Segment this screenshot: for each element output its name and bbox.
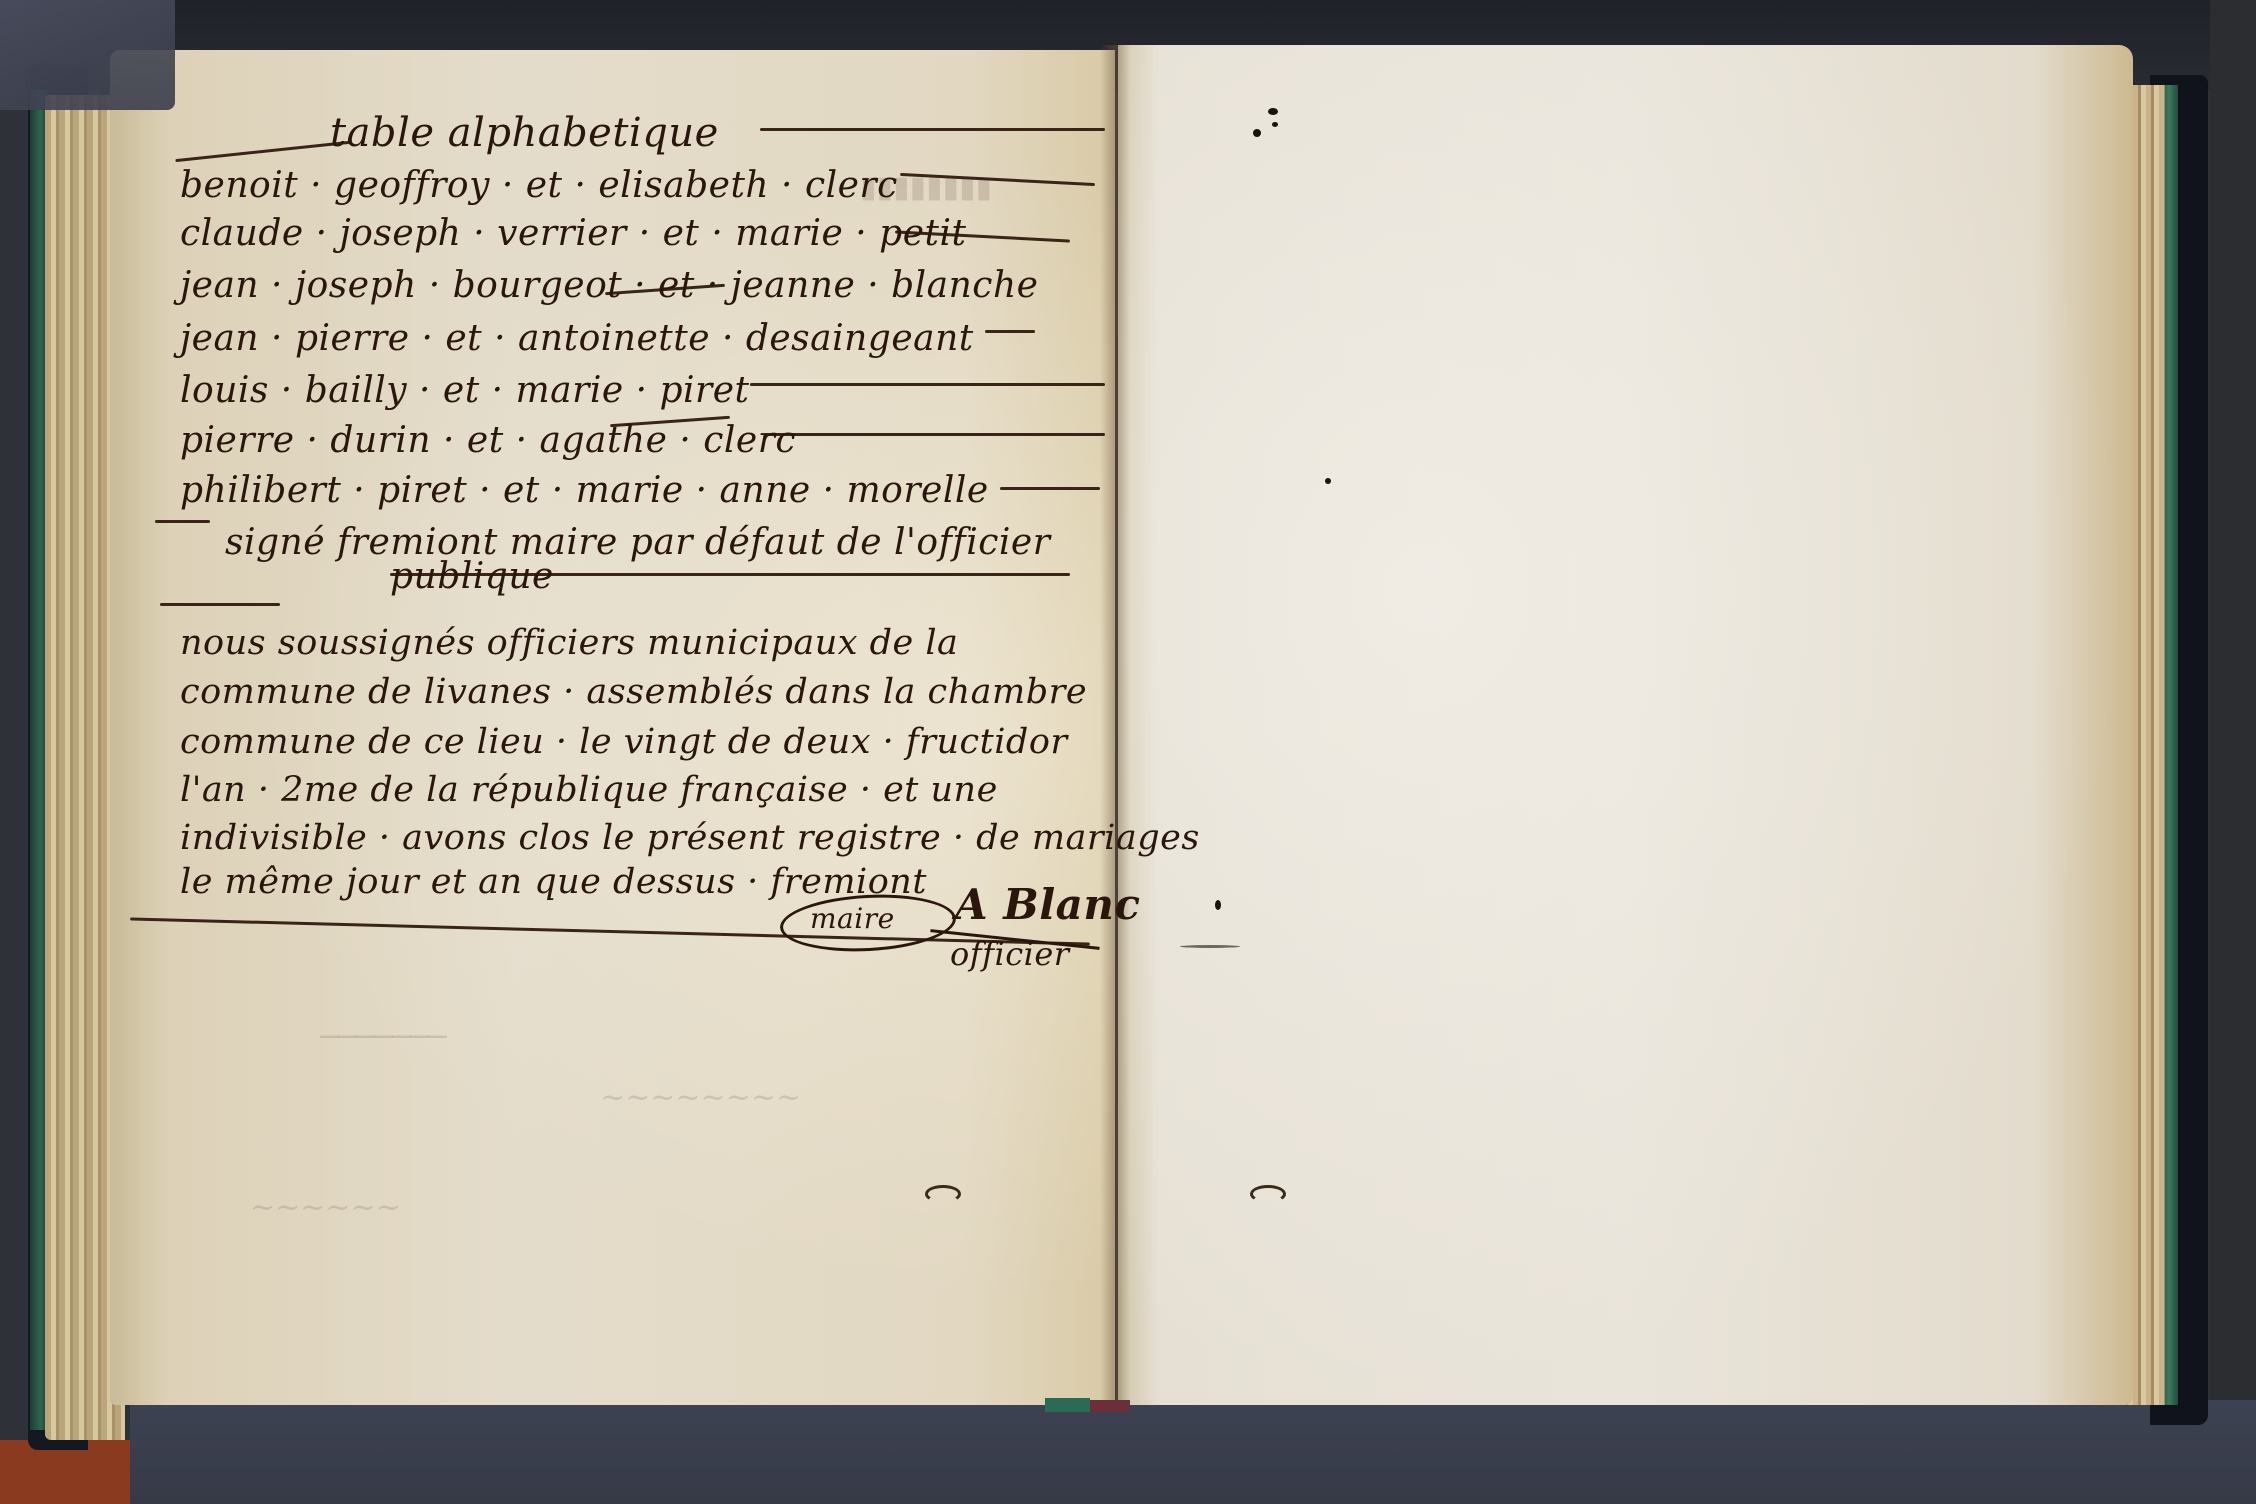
rule-line [155,520,210,523]
bleed-through: ~~~~~~~~ [600,1080,801,1115]
ink-spot [1268,108,1278,115]
register-entry: jean · pierre · et · antoinette · desain… [180,318,974,359]
ink-spot [1325,478,1331,484]
worm-hole [925,1185,961,1203]
background-cloth [130,1400,2256,1504]
signature-role-maire: maire [810,902,895,935]
ink-spot [1215,900,1221,910]
background-right [2210,0,2256,1504]
closing-line: commune de ce lieu · le vingt de deux · … [180,722,1068,762]
signature-role-officier: officier [950,935,1070,973]
rule-line [760,128,1105,131]
worm-hole [1250,1185,1286,1203]
signature-name: A Blanc [955,880,1141,929]
rule-line [160,603,280,606]
signature-block: maire A Blanc officier [770,880,1100,990]
protective-sheet [0,0,175,110]
closing-line: nous soussignés officiers municipaux de … [180,623,958,663]
ink-spot [1272,122,1278,127]
register-entry: claude · joseph · verrier · et · marie ·… [180,213,966,254]
register-entry: benoit · geoffroy · et · elisabeth · cle… [180,165,898,206]
spine-tab [1045,1398,1090,1412]
register-entry: pierre · durin · et · agathe · clerc [180,420,796,461]
bleed-through: ─────── [320,1020,446,1055]
register-entry: louis · bailly · et · marie · piret [180,370,750,411]
closing-line: l'an · 2me de la république française · … [180,770,998,810]
rule-line [985,330,1035,333]
register-title: table alphabetique [330,110,719,156]
rule-line [765,433,1105,436]
ink-smudge [1180,945,1240,948]
signature-note: publique [390,556,554,597]
register-entry: philibert · piret · et · marie · anne · … [180,470,989,511]
signature-note: signé fremiont maire par défaut de l'off… [225,522,1050,563]
register-entry: jean · joseph · bourgeot · et · jeanne ·… [180,265,1038,306]
bleed-through: ~~~~~~ [250,1190,401,1225]
spine-fabric [1090,1400,1130,1412]
book-gutter [1100,45,1130,1410]
closing-line: commune de livanes · assemblés dans la c… [180,672,1087,712]
ink-spot [1253,129,1261,137]
closing-line: indivisible · avons clos le présent regi… [180,818,1200,858]
rule-line [750,383,1105,386]
rule-line [1000,487,1100,490]
